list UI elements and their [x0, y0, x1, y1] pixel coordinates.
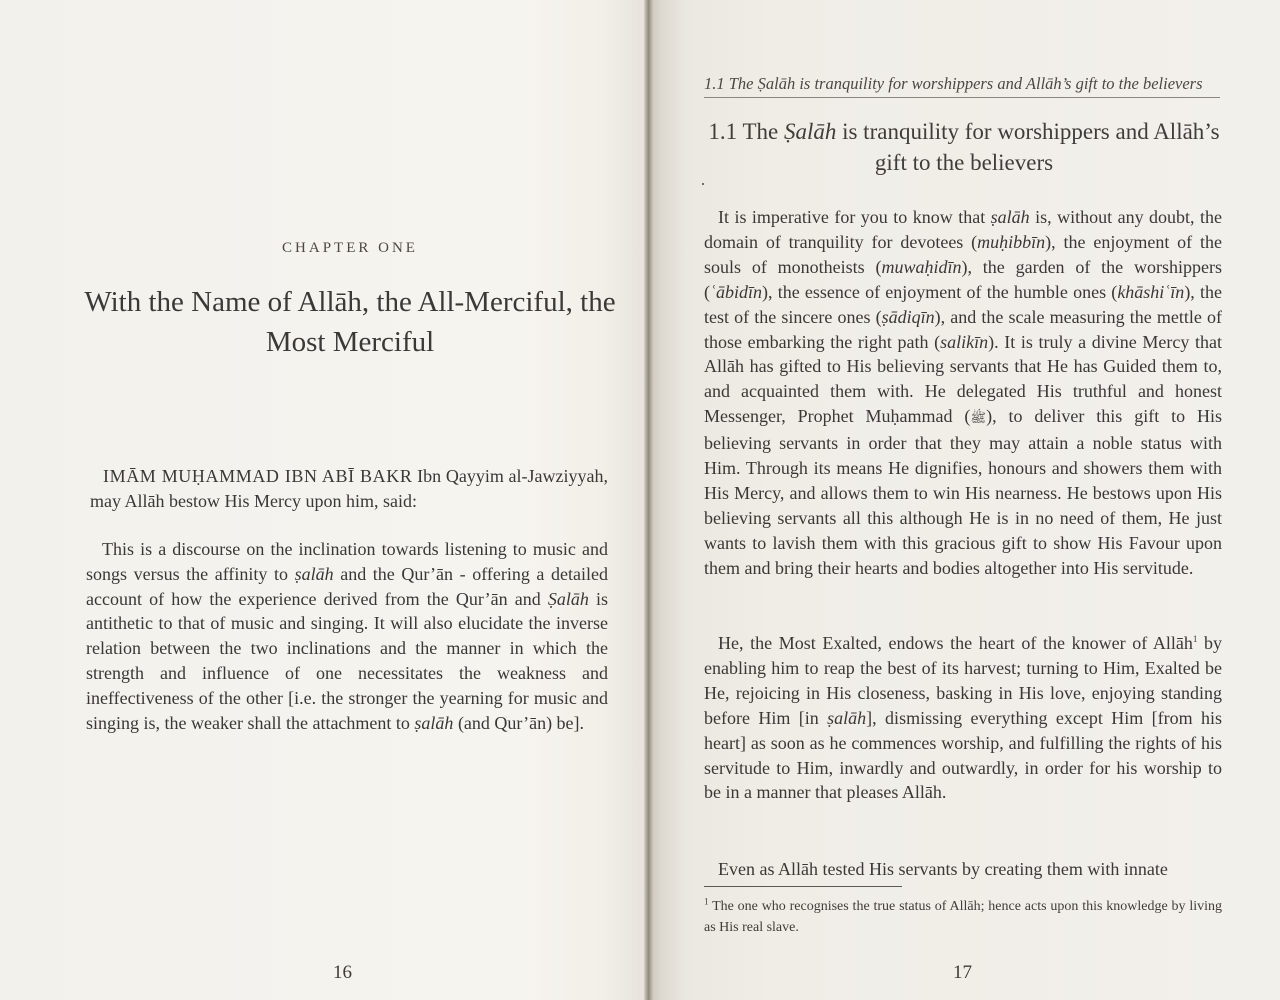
italic-term: ṣalāh — [295, 564, 334, 584]
chapter-title: With the Name of Allāh, the All-Merciful… — [80, 282, 620, 362]
italic-term: Ṣalāh — [784, 119, 836, 144]
italic-term: ṣalāh — [827, 708, 866, 728]
italic-term: muwaḥidīn — [881, 257, 961, 277]
section-title-rest: is tranquility for worshippers and Allāh… — [836, 119, 1219, 175]
page-number-right: 17 — [953, 962, 972, 984]
italic-term: Ṣalāh — [548, 589, 589, 609]
running-head: 1.1 The Ṣalāh is tranquility for worship… — [704, 74, 1220, 98]
italic-term: khāshiʿīn — [1117, 282, 1184, 302]
body-paragraph-1: It is imperative for you to know that ṣa… — [704, 205, 1222, 581]
left-page: CHAPTER ONE With the Name of Allāh, the … — [0, 0, 648, 1000]
book-spread: CHAPTER ONE With the Name of Allāh, the … — [0, 0, 1280, 1000]
italic-term: muḥibbīn — [977, 232, 1045, 252]
body-paragraph-2: He, the Most Exalted, endows the heart o… — [704, 631, 1222, 805]
section-title-start: 1.1 The — [708, 119, 784, 144]
page-number-left: 16 — [333, 962, 352, 984]
text-run: ), to deliver this gift to His believing… — [704, 406, 1222, 577]
salutation-glyph-icon: ﷺ — [970, 410, 986, 425]
discourse-paragraph: This is a discourse on the inclination t… — [86, 537, 608, 735]
footnote-text: The one who recognises the true status o… — [704, 899, 1222, 935]
chapter-label: CHAPTER ONE — [90, 240, 610, 257]
section-title: 1.1 The Ṣalāh is tranquility for worship… — [708, 116, 1220, 178]
italic-term: ṣādiqīn — [882, 307, 935, 327]
text-run: He, the Most Exalted, endows the heart o… — [718, 633, 1193, 653]
text-run: ), the essence of enjoyment of the humbl… — [762, 282, 1117, 302]
italic-term: ṣalāh — [991, 207, 1030, 227]
italic-term: ʿābidīn — [710, 282, 762, 302]
footnote: 1 The one who recognises the true status… — [704, 896, 1222, 938]
italic-term: ṣalāh — [414, 713, 453, 733]
book-gutter — [644, 0, 654, 1000]
text-run: (and Qur’ān) be]. — [453, 713, 584, 733]
author-name-caps: IMĀM MUḤAMMAD IBN ABĪ BAKR — [103, 466, 412, 486]
text-run: It is imperative for you to know that — [718, 207, 991, 227]
italic-term: salikīn — [940, 332, 988, 352]
right-page: 1.1 The Ṣalāh is tranquility for worship… — [648, 0, 1280, 1000]
footnote-divider — [704, 886, 902, 887]
body-paragraph-3: Even as Allāh tested His servants by cre… — [704, 857, 1222, 882]
print-speck — [702, 183, 704, 185]
intro-attribution: IMĀM MUḤAMMAD IBN ABĪ BAKR Ibn Qayyim al… — [90, 464, 608, 514]
text-run: is antithetic to that of music and singi… — [86, 589, 608, 733]
